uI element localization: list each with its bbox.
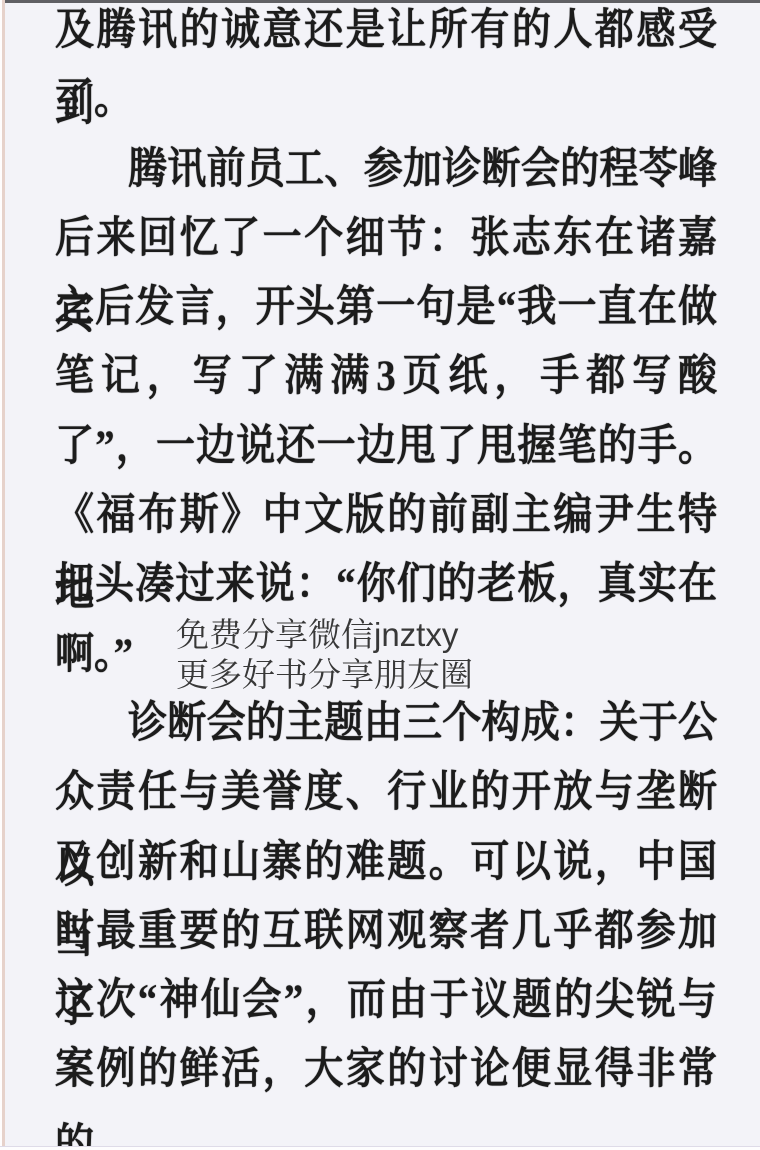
text-line: 众责任与美誉度、行业的开放与垄断以 [55,755,717,831]
text-line: 了。 [55,62,717,138]
text-line: 案例的鲜活，大家的讨论便显得非常的 [55,1032,717,1108]
text-line: 《福布斯》中文版的前副主编尹生特地 [55,478,717,554]
text-line: 之后发言，开头第一句是“我一直在做 [55,270,717,346]
text-line: 把头凑过来说：“你们的老板，真实在 [55,547,717,623]
text-line: 诊断会的主题由三个构成：关于公 [55,686,717,762]
left-edge-line [2,0,5,1150]
watermark-line: 更多好书分享朋友圈 [176,655,473,695]
text-line: 后来回忆了一个细节：张志东在诸嘉宾 [55,200,717,276]
share-watermark: 免费分享微信jnztxy 更多好书分享朋友圈 [176,615,473,695]
text-line: 及创新和山寨的难题。可以说，中国当 [55,824,717,900]
watermark-line: 免费分享微信jnztxy [176,615,473,655]
ebook-page: 及腾讯的诚意还是让所有的人都感受到 了。 腾讯前员工、参加诊断会的程苓峰 后来回… [0,0,760,1150]
text-line: 腾讯前员工、参加诊断会的程苓峰 [55,131,717,207]
text-line: 时最重要的互联网观察者几乎都参加了 [55,893,717,969]
text-line: 了”，一边说还一边甩了甩握笔的手。 [55,408,717,484]
page-text: 及腾讯的诚意还是让所有的人都感受到 了。 腾讯前员工、参加诊断会的程苓峰 后来回… [55,0,717,1105]
text-line: 这次“神仙会”，而由于议题的尖锐与 [55,963,717,1039]
text-line: 及腾讯的诚意还是让所有的人都感受到 [55,0,717,69]
text-line: 笔记，写了满满3页纸，手都写酸 [55,339,717,415]
